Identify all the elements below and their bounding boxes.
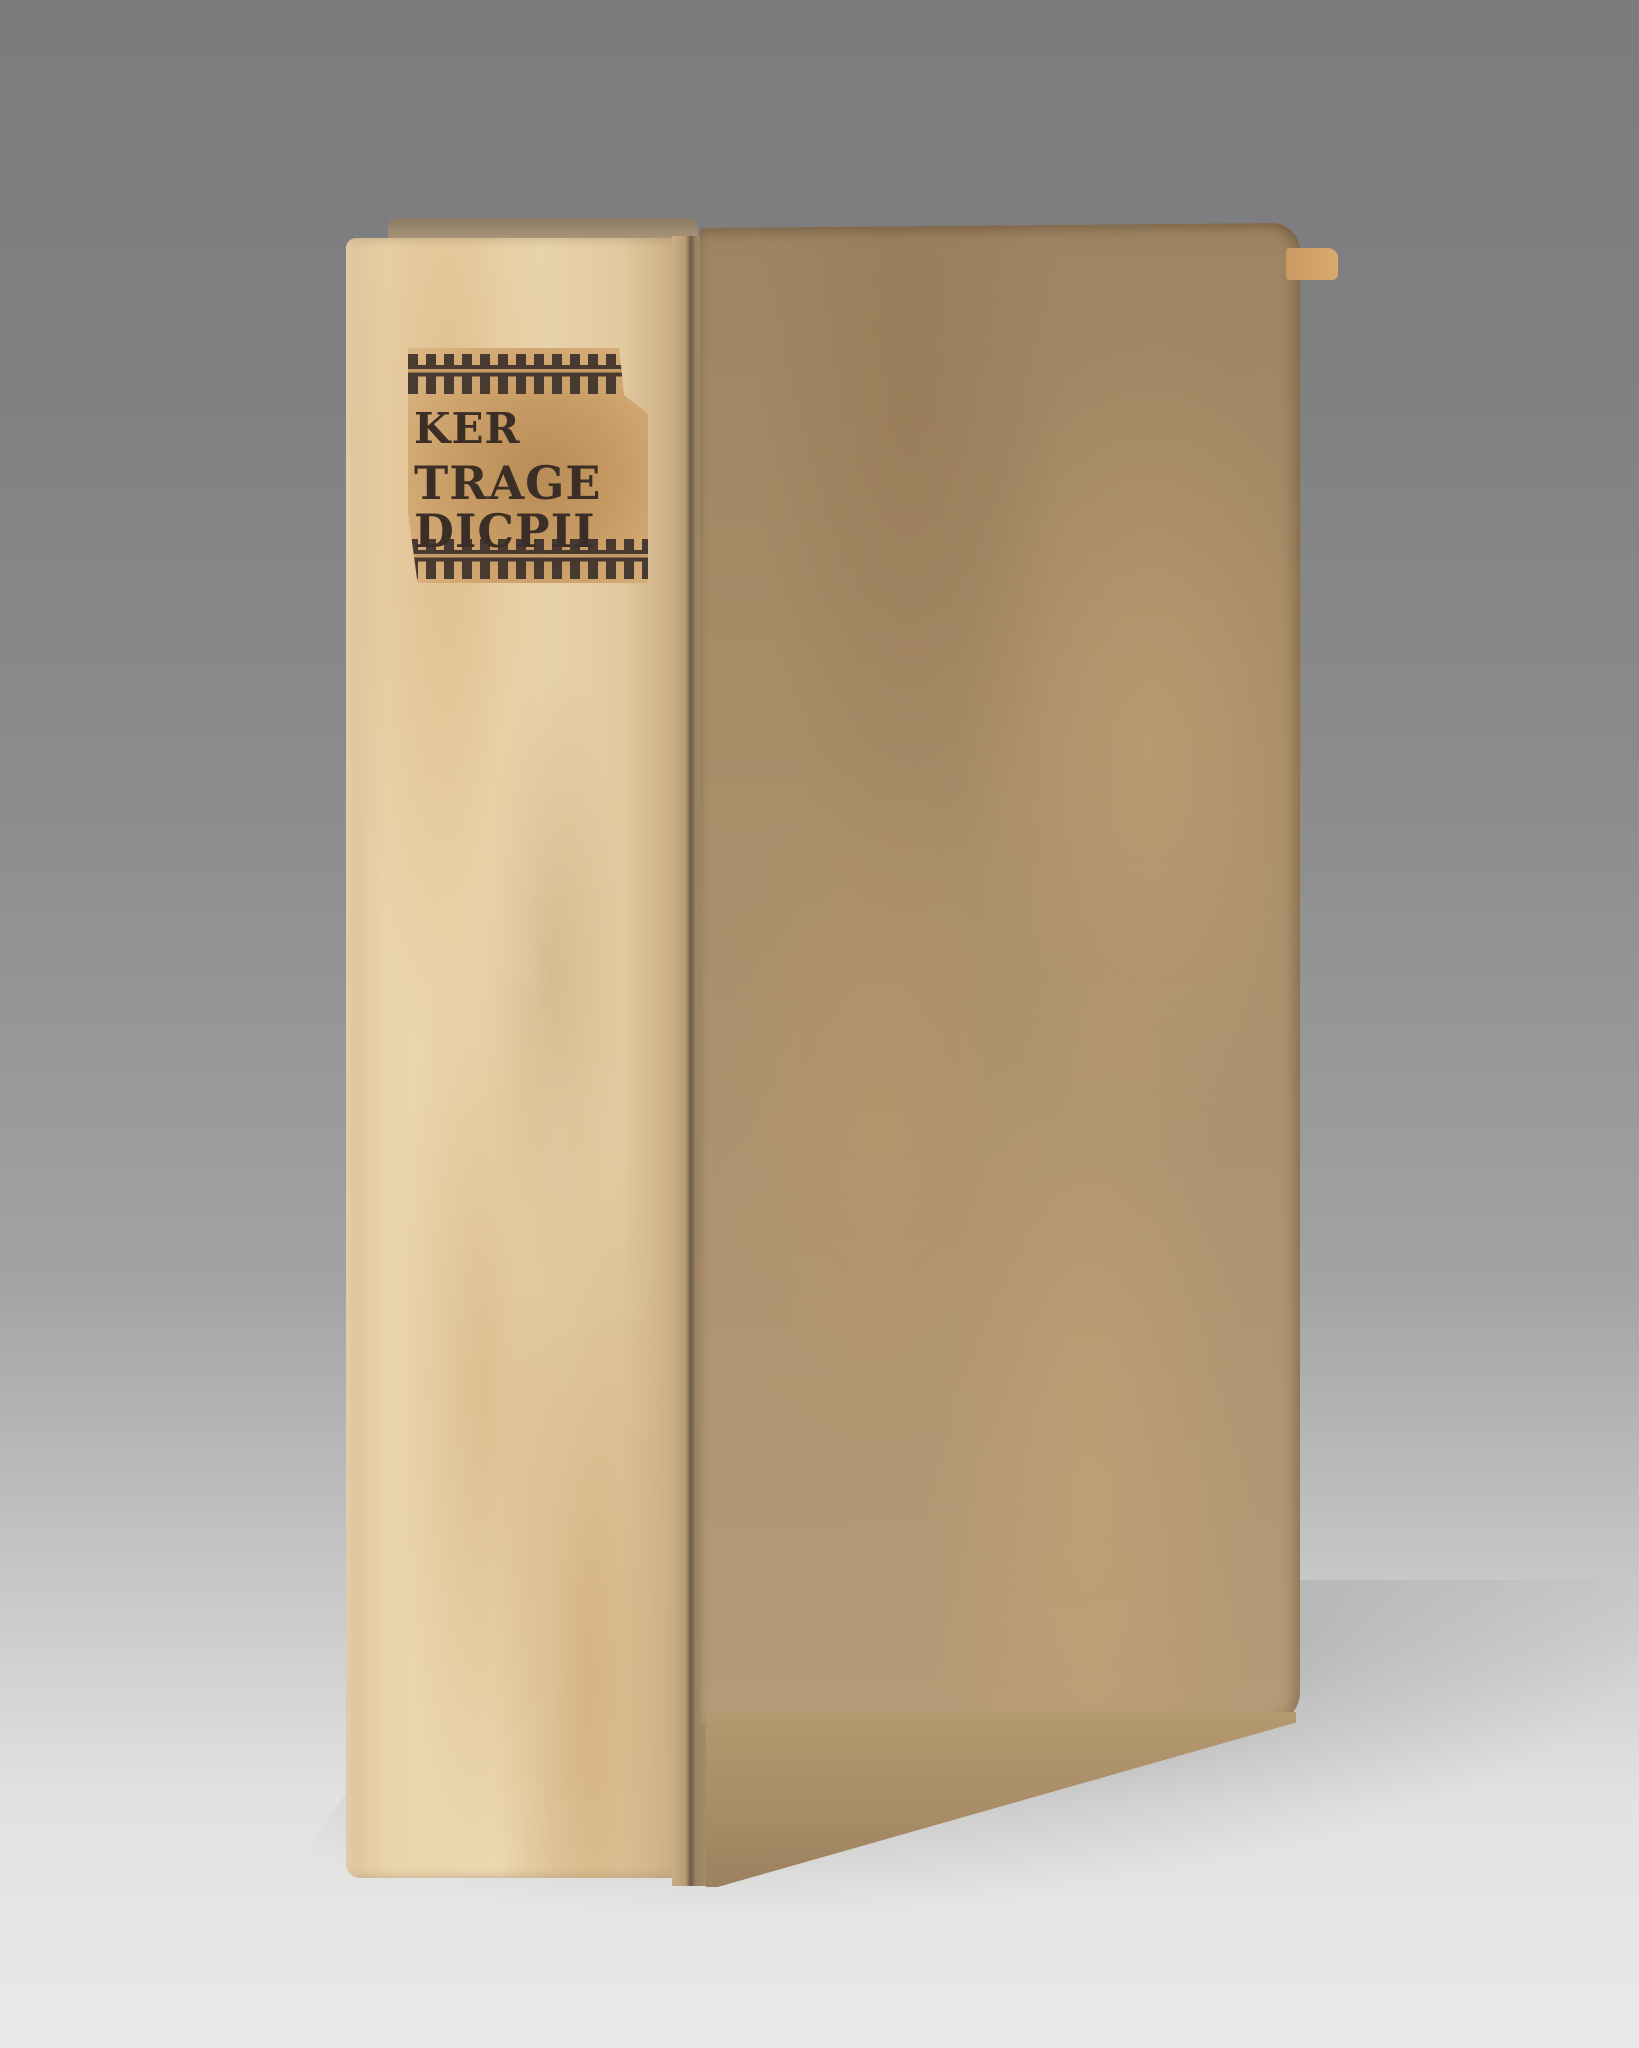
protruding-tab xyxy=(1286,248,1338,280)
label-decorative-border-bottom xyxy=(408,539,648,579)
antique-book: KER TRAGE DICPII xyxy=(0,0,1639,2048)
label-text-line-2: TRAGE xyxy=(414,460,602,506)
spine-label: KER TRAGE DICPII xyxy=(408,348,648,583)
label-decorative-border-top xyxy=(408,354,648,394)
label-text-line-1: KER xyxy=(414,408,520,450)
front-cover xyxy=(700,223,1300,1728)
cover-bottom-edge xyxy=(706,1712,1296,1887)
